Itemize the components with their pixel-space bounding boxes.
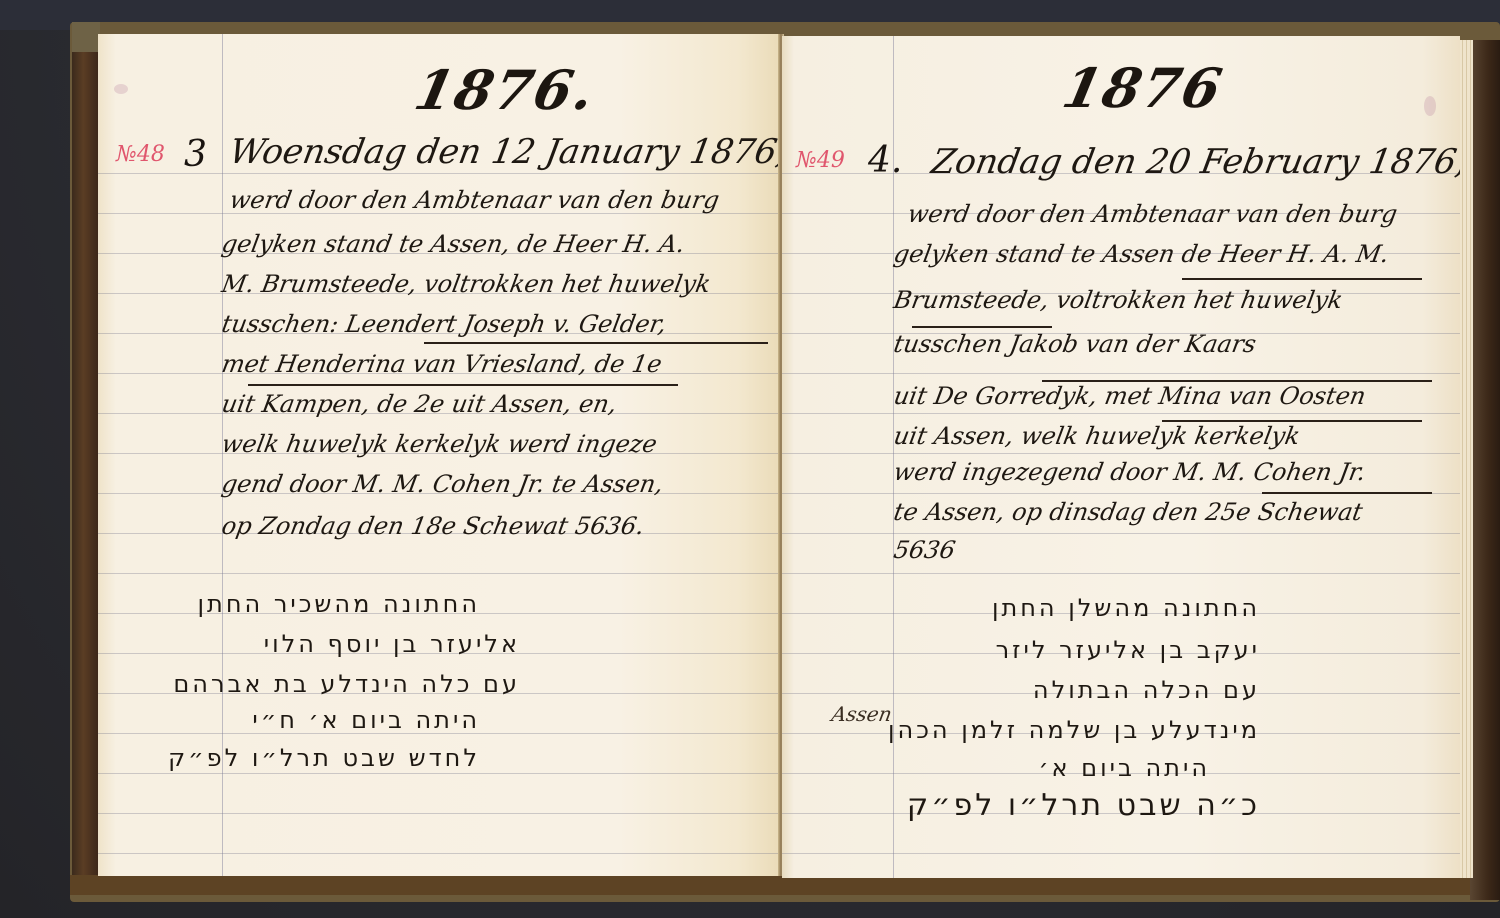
text-line: uit Assen, welk huwelyk kerkelyk [892,422,1303,450]
ruled-line [782,533,1460,534]
text-line: tusschen: Leendert Joseph v. Gelder, [220,310,669,338]
right-page: 1876 №49 4. Zondag den 20 February 1876,… [782,36,1460,878]
marbled-cover-edge-right [1470,40,1500,900]
hebrew-line: כ״ה שבט תרל״ו לפ״ק [907,788,1260,823]
text-line: met Henderina van Vriesland, de 1e [220,350,665,378]
margin-note: Assen [830,702,894,726]
marbled-cover-edge-left [72,22,100,882]
hebrew-line: החתונה מהשכיר החתן [198,590,480,618]
hebrew-line: היתה ביום א׳ ח״י [252,706,480,734]
hebrew-line: היתה ביום א׳ [1039,754,1210,782]
text-line: werd door den Ambtenaar van den burg [228,186,722,214]
text-line: Woensdag den 12 January 1876, [226,132,780,172]
text-line: gelyken stand te Assen de Heer H. A. M. [892,240,1392,268]
ink-stain [1424,96,1436,116]
ruled-line [782,573,1460,574]
text-line: 5636 [892,536,958,564]
ruled-line [98,573,780,574]
ruled-line [782,413,1460,414]
text-line: werd door den Ambtenaar van den burg [906,200,1400,228]
cover-corner [72,22,100,52]
hebrew-line: יעקב בן אליעזר ליזר [996,636,1260,664]
text-line: gelyken stand te Assen, de Heer H. A. [220,230,687,258]
entry-index: 3 [184,134,207,175]
text-line: Zondag den 20 February 1876, [928,142,1460,182]
underline [248,384,678,386]
underline [912,326,1052,328]
ruled-line [98,773,780,774]
entry-number: №48 [116,142,165,167]
underline [1182,278,1422,280]
underline [1262,492,1432,494]
text-line: tusschen Jakob van der Kaars [892,330,1259,358]
hebrew-line: החתונה מהשלן החתן [992,594,1260,622]
year-heading: 1876 [1057,56,1229,120]
hebrew-line: עם כלה הינדלע בת אברהם [173,670,520,698]
text-line: op Zondag den 18e Schewat 5636. [220,512,647,540]
entry-number: №49 [796,148,845,173]
text-line: M. Brumsteede, voltrokken het huwelyk [220,270,713,298]
ruled-line [98,813,780,814]
text-line: welk huwelyk kerkelyk werd ingeze [220,430,660,458]
cover-bottom-edge [70,875,1470,895]
text-line: te Assen, op dinsdag den 25e Schewat [892,498,1365,526]
underline [424,342,768,344]
left-page: 1876. №48 3 Woensdag den 12 January 1876… [98,34,780,876]
text-line: gend door M. M. Cohen Jr. te Assen, [220,470,666,498]
hebrew-line: אליעזר בן יוסף הלוי [264,630,520,658]
ruled-line [782,453,1460,454]
text-line: uit Kampen, de 2e uit Assen, en, [220,390,619,418]
hebrew-line: מינדעלע בן שלמה זלמן הכהן [888,716,1260,744]
ruled-line [98,853,780,854]
text-line: werd ingezegend door M. M. Cohen Jr. [892,458,1368,486]
entry-index: 4. [868,140,902,181]
text-line: uit De Gorredyk, met Mina van Oosten [892,382,1368,410]
year-heading: 1876. [409,58,602,122]
text-line: Brumsteede, voltrokken het huwelyk [892,286,1345,314]
ink-stain [114,84,128,94]
hebrew-line: לחדש שבט תרל״ו לפ״ק [168,744,480,772]
hebrew-line: עם הכלה הבתולה [1033,676,1260,704]
ruled-line [782,373,1460,374]
ruled-line [782,853,1460,854]
